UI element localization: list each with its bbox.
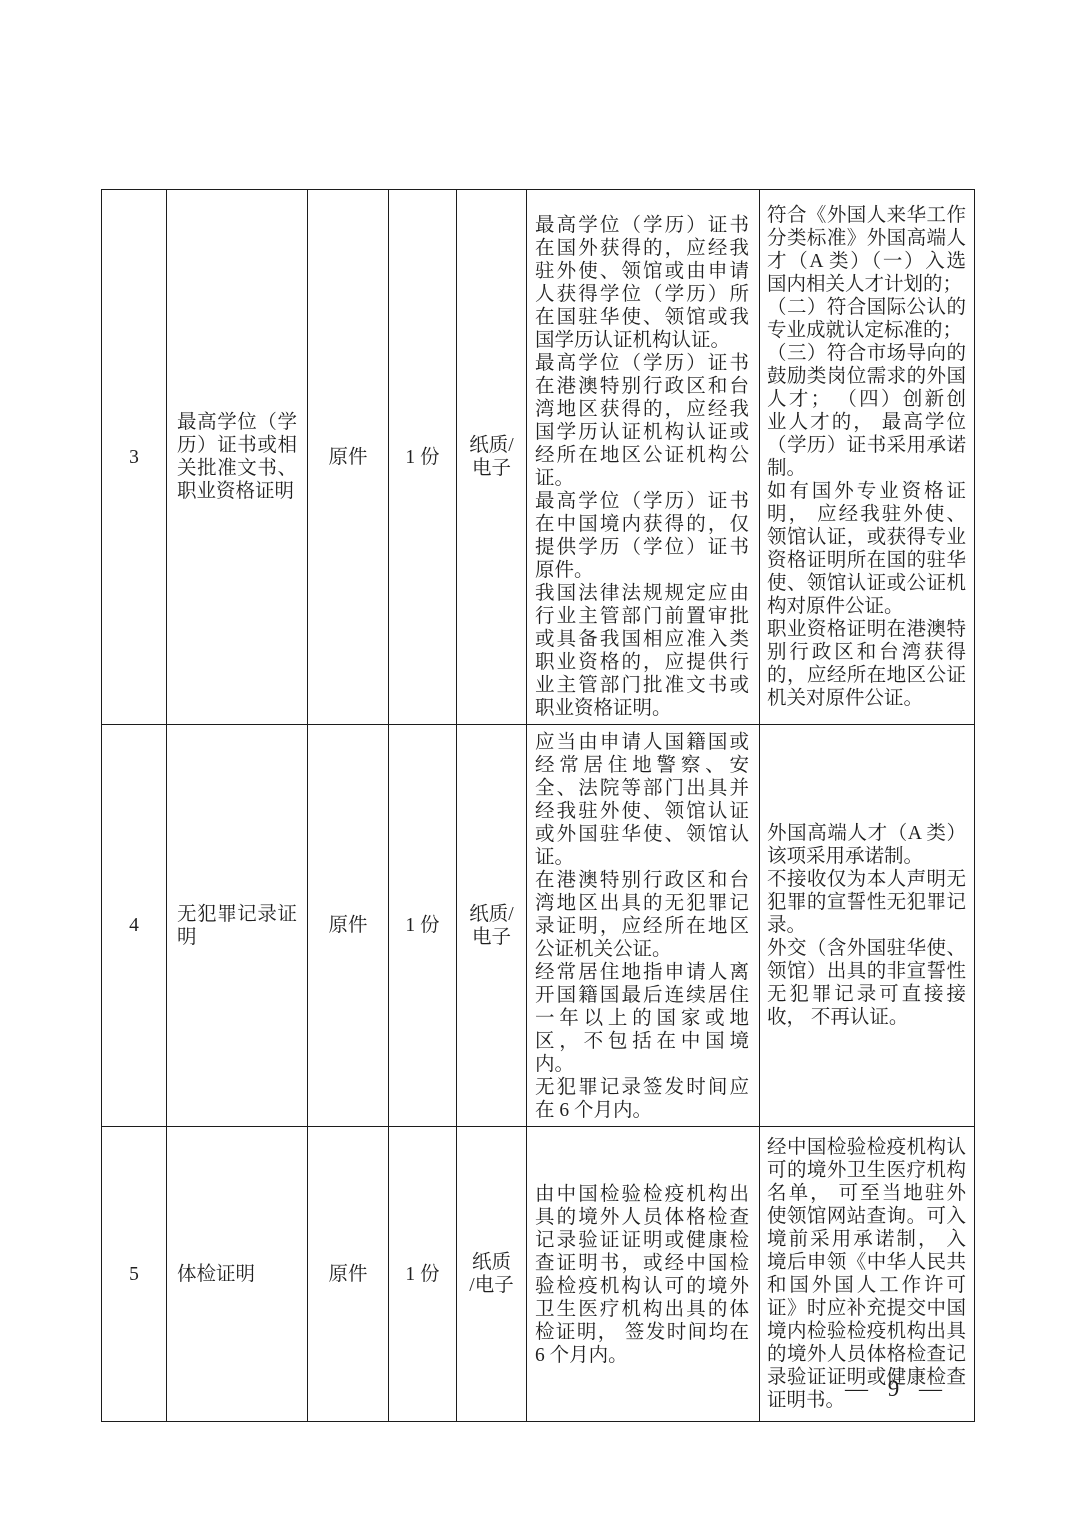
row-seq: 3 — [102, 190, 167, 725]
material-form: 原件 — [308, 725, 389, 1127]
material-copies: 1 份 — [389, 1127, 457, 1422]
material-form: 原件 — [308, 190, 389, 725]
material-medium: 纸质/ 电子 — [457, 190, 527, 725]
material-copies: 1 份 — [389, 190, 457, 725]
material-name: 体检证明 — [167, 1127, 308, 1422]
material-form: 原件 — [308, 1127, 389, 1422]
material-remarks: 符合《外国人来华工作分类标准》外国高端人才（A 类）（一）入选国内相关人才计划的… — [760, 190, 975, 725]
document-page: 3 最高学位（学历）证书或相关批准文书、职业资格证明 原件 1 份 纸质/ 电子… — [0, 0, 1074, 1520]
page-number: — 9 — — [845, 1376, 949, 1402]
application-materials-table: 3 最高学位（学历）证书或相关批准文书、职业资格证明 原件 1 份 纸质/ 电子… — [101, 189, 975, 1422]
table-row: 3 最高学位（学历）证书或相关批准文书、职业资格证明 原件 1 份 纸质/ 电子… — [102, 190, 975, 725]
row-seq: 4 — [102, 725, 167, 1127]
material-medium: 纸质/ 电子 — [457, 725, 527, 1127]
material-copies: 1 份 — [389, 725, 457, 1127]
material-requirements: 最高学位（学历）证书在国外获得的，应经我驻外使、领馆或由申请人获得学位（学历）所… — [527, 190, 760, 725]
material-remarks: 外国高端人才（A 类）该项采用承诺制。 不接收仅为本人声明无犯罪的宣誓性无犯罪记… — [760, 725, 975, 1127]
material-requirements: 应当由申请人国籍国或经常居住地警察、安全、法院等部门出具并经我驻外使、领馆认证或… — [527, 725, 760, 1127]
material-medium: 纸质 /电子 — [457, 1127, 527, 1422]
material-requirements: 由中国检验检疫机构出具的境外人员体格检查记录验证证明或健康检查证明书，或经中国检… — [527, 1127, 760, 1422]
material-name: 无犯罪记录证明 — [167, 725, 308, 1127]
row-seq: 5 — [102, 1127, 167, 1422]
table-row: 5 体检证明 原件 1 份 纸质 /电子 由中国检验检疫机构出具的境外人员体格检… — [102, 1127, 975, 1422]
table-row: 4 无犯罪记录证明 原件 1 份 纸质/ 电子 应当由申请人国籍国或经常居住地警… — [102, 725, 975, 1127]
material-name: 最高学位（学历）证书或相关批准文书、职业资格证明 — [167, 190, 308, 725]
